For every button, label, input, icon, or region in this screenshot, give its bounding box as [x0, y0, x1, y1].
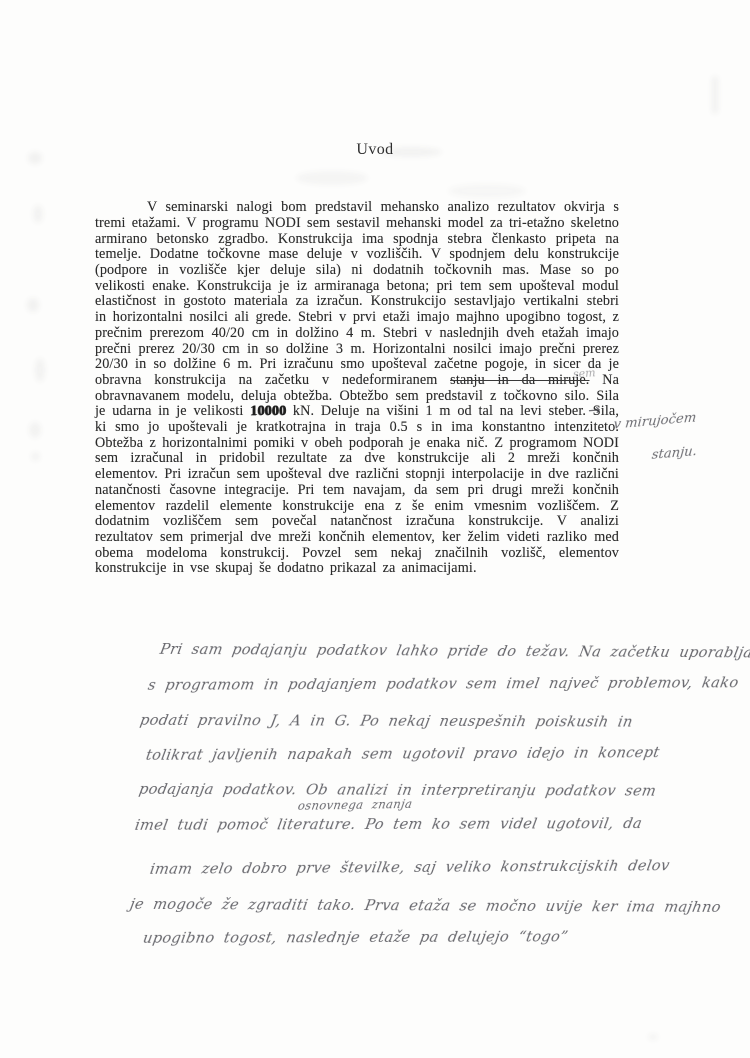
scan-smudge	[296, 171, 368, 185]
margin-correction-line-2: stanju.	[651, 444, 697, 463]
handwriting-line: tolikrat javljenih napakah sem ugotovil …	[145, 745, 661, 764]
scan-smudge	[448, 184, 526, 198]
scan-smudge	[31, 452, 40, 461]
arrow-right-icon: →	[587, 400, 601, 419]
typed-paragraph: V seminarski nalogi bom predstavil mehan…	[95, 200, 619, 577]
handwriting-line: imam zelo dobro prve številke, saj velik…	[149, 858, 671, 878]
page-title: Uvod	[0, 141, 750, 159]
scan-smudge	[648, 1034, 658, 1040]
force-value-overwritten: 10000	[250, 403, 286, 419]
handwriting-line: upogibno togost, naslednje etaže pa delu…	[142, 930, 570, 947]
scan-smudge	[712, 76, 718, 114]
scan-smudge	[33, 205, 43, 223]
scan-smudge	[35, 358, 45, 382]
struck-out-text: stanju in da miruje.	[450, 372, 589, 388]
margin-correction-line-1: v mirujočem	[613, 410, 697, 432]
handwriting-line: podati pravilno J, A in G. Po nekaj neus…	[139, 713, 634, 731]
scan-smudge	[29, 422, 41, 438]
handwriting-line: Pri sam podajanju podatkov lahko pride d…	[159, 642, 750, 662]
handwriting-line: imel tudi pomoč literature. Po tem ko se…	[134, 816, 644, 834]
paragraph-segment: kN. Deluje na višini 1 m od tal na levi …	[95, 403, 619, 576]
document-page: Uvod V seminarski nalogi bom predstavil …	[0, 0, 750, 1058]
handwriting-insertion: osnovnega znanja	[297, 797, 414, 813]
scan-smudge	[27, 298, 39, 312]
handwriting-line: s programom in podajanjem podatkov sem i…	[147, 675, 740, 694]
paragraph-segment: V seminarski nalogi bom predstavil mehan…	[95, 199, 619, 388]
margin-note-sem: sem	[573, 366, 596, 381]
handwriting-line: je mogoče že zgraditi tako. Prva etaža s…	[129, 897, 723, 916]
